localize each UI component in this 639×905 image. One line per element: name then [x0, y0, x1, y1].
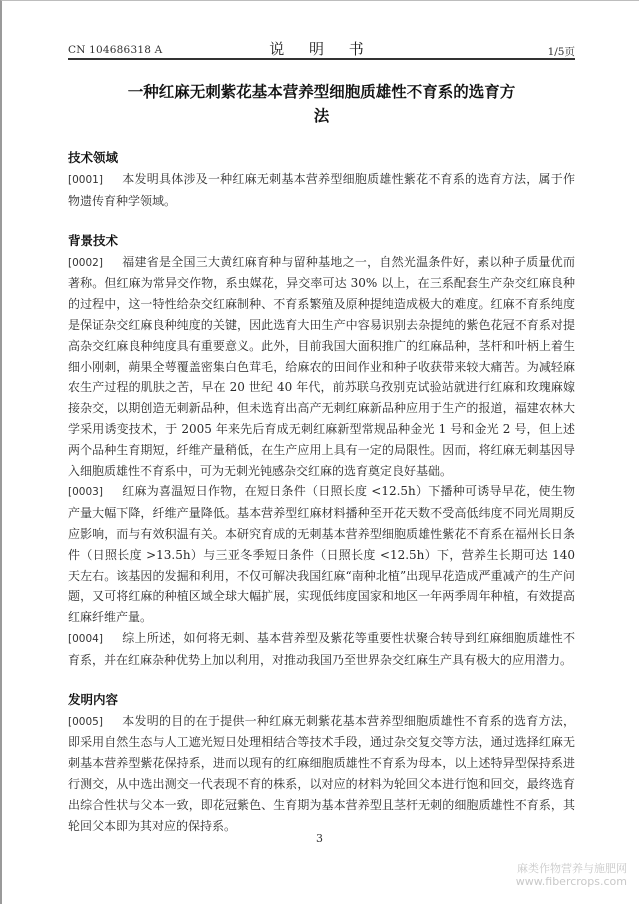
- section-heading: 背景技术: [68, 230, 575, 252]
- header-divider: [68, 58, 575, 60]
- section-summary-of-invention: 发明内容 [0005]本发明的目的在于提供一种红麻无刺紫花基本营养型细胞质雄性不…: [68, 689, 575, 837]
- page-indicator: 1/5页: [548, 44, 575, 59]
- paragraph-text: 红麻为喜温短日作物，在短日条件（日照长度 <12.5h）下播种可诱导早花，使生物…: [68, 484, 575, 624]
- page-number: 3: [0, 832, 639, 845]
- watermark-url: www.fibercrops.com: [516, 875, 627, 888]
- paragraph-number: [0003]: [68, 482, 122, 503]
- section-heading: 技术领域: [68, 147, 575, 169]
- site-watermark: 麻类作物营养与施肥网 www.fibercrops.com: [516, 862, 627, 888]
- page-header: CN 104686318 A 说 明 书 1/5页: [68, 38, 575, 60]
- paragraph-0004: [0004]综上所述，如何将无刺、基本营养型及紫花等重要性状聚合转导到红麻细胞质…: [68, 628, 575, 671]
- paragraph-text: 本发明具体涉及一种红麻无刺基本营养型细胞质雄性紫花不育系的选育方法，属于作物遗传…: [68, 172, 575, 208]
- paragraph-0003: [0003]红麻为喜温短日作物，在短日条件（日照长度 <12.5h）下播种可诱导…: [68, 481, 575, 628]
- paragraph-number: [0002]: [68, 253, 122, 274]
- paragraph-number: [0005]: [68, 712, 122, 733]
- paragraph-number: [0001]: [68, 170, 122, 191]
- document-type-title: 说 明 书: [68, 38, 575, 59]
- document-body: 技术领域 [0001]本发明具体涉及一种红麻无刺基本营养型细胞质雄性紫花不育系的…: [68, 147, 575, 854]
- paragraph-0001: [0001]本发明具体涉及一种红麻无刺基本营养型细胞质雄性紫花不育系的选育方法，…: [68, 169, 575, 212]
- invention-title-line-2: 法: [68, 104, 575, 128]
- section-background-art: 背景技术 [0002]福建省是全国三大黄红麻育种与留种基地之一，自然光温条件好，…: [68, 230, 575, 671]
- section-technical-field: 技术领域 [0001]本发明具体涉及一种红麻无刺基本营养型细胞质雄性紫花不育系的…: [68, 147, 575, 212]
- paragraph-text: 综上所述，如何将无刺、基本营养型及紫花等重要性状聚合转导到红麻细胞质雄性不育系，…: [68, 631, 575, 667]
- watermark-site-name: 麻类作物营养与施肥网: [516, 862, 627, 875]
- paragraph-text: 本发明的目的在于提供一种红麻无刺紫花基本营养型细胞质雄性不育系的选育方法，即采用…: [68, 714, 575, 833]
- paragraph-0002: [0002]福建省是全国三大黄红麻育种与留种基地之一，自然光温条件好，素以种子质…: [68, 252, 575, 482]
- invention-title-line-1: 一种红麻无刺紫花基本营养型细胞质雄性不育系的选育方: [68, 80, 575, 104]
- paragraph-text: 福建省是全国三大黄红麻育种与留种基地之一，自然光温条件好，素以种子质量优而著称。…: [68, 255, 575, 478]
- section-heading: 发明内容: [68, 689, 575, 711]
- paragraph-0005: [0005]本发明的目的在于提供一种红麻无刺紫花基本营养型细胞质雄性不育系的选育…: [68, 711, 575, 837]
- invention-title: 一种红麻无刺紫花基本营养型细胞质雄性不育系的选育方 法: [68, 80, 575, 128]
- paragraph-number: [0004]: [68, 629, 122, 650]
